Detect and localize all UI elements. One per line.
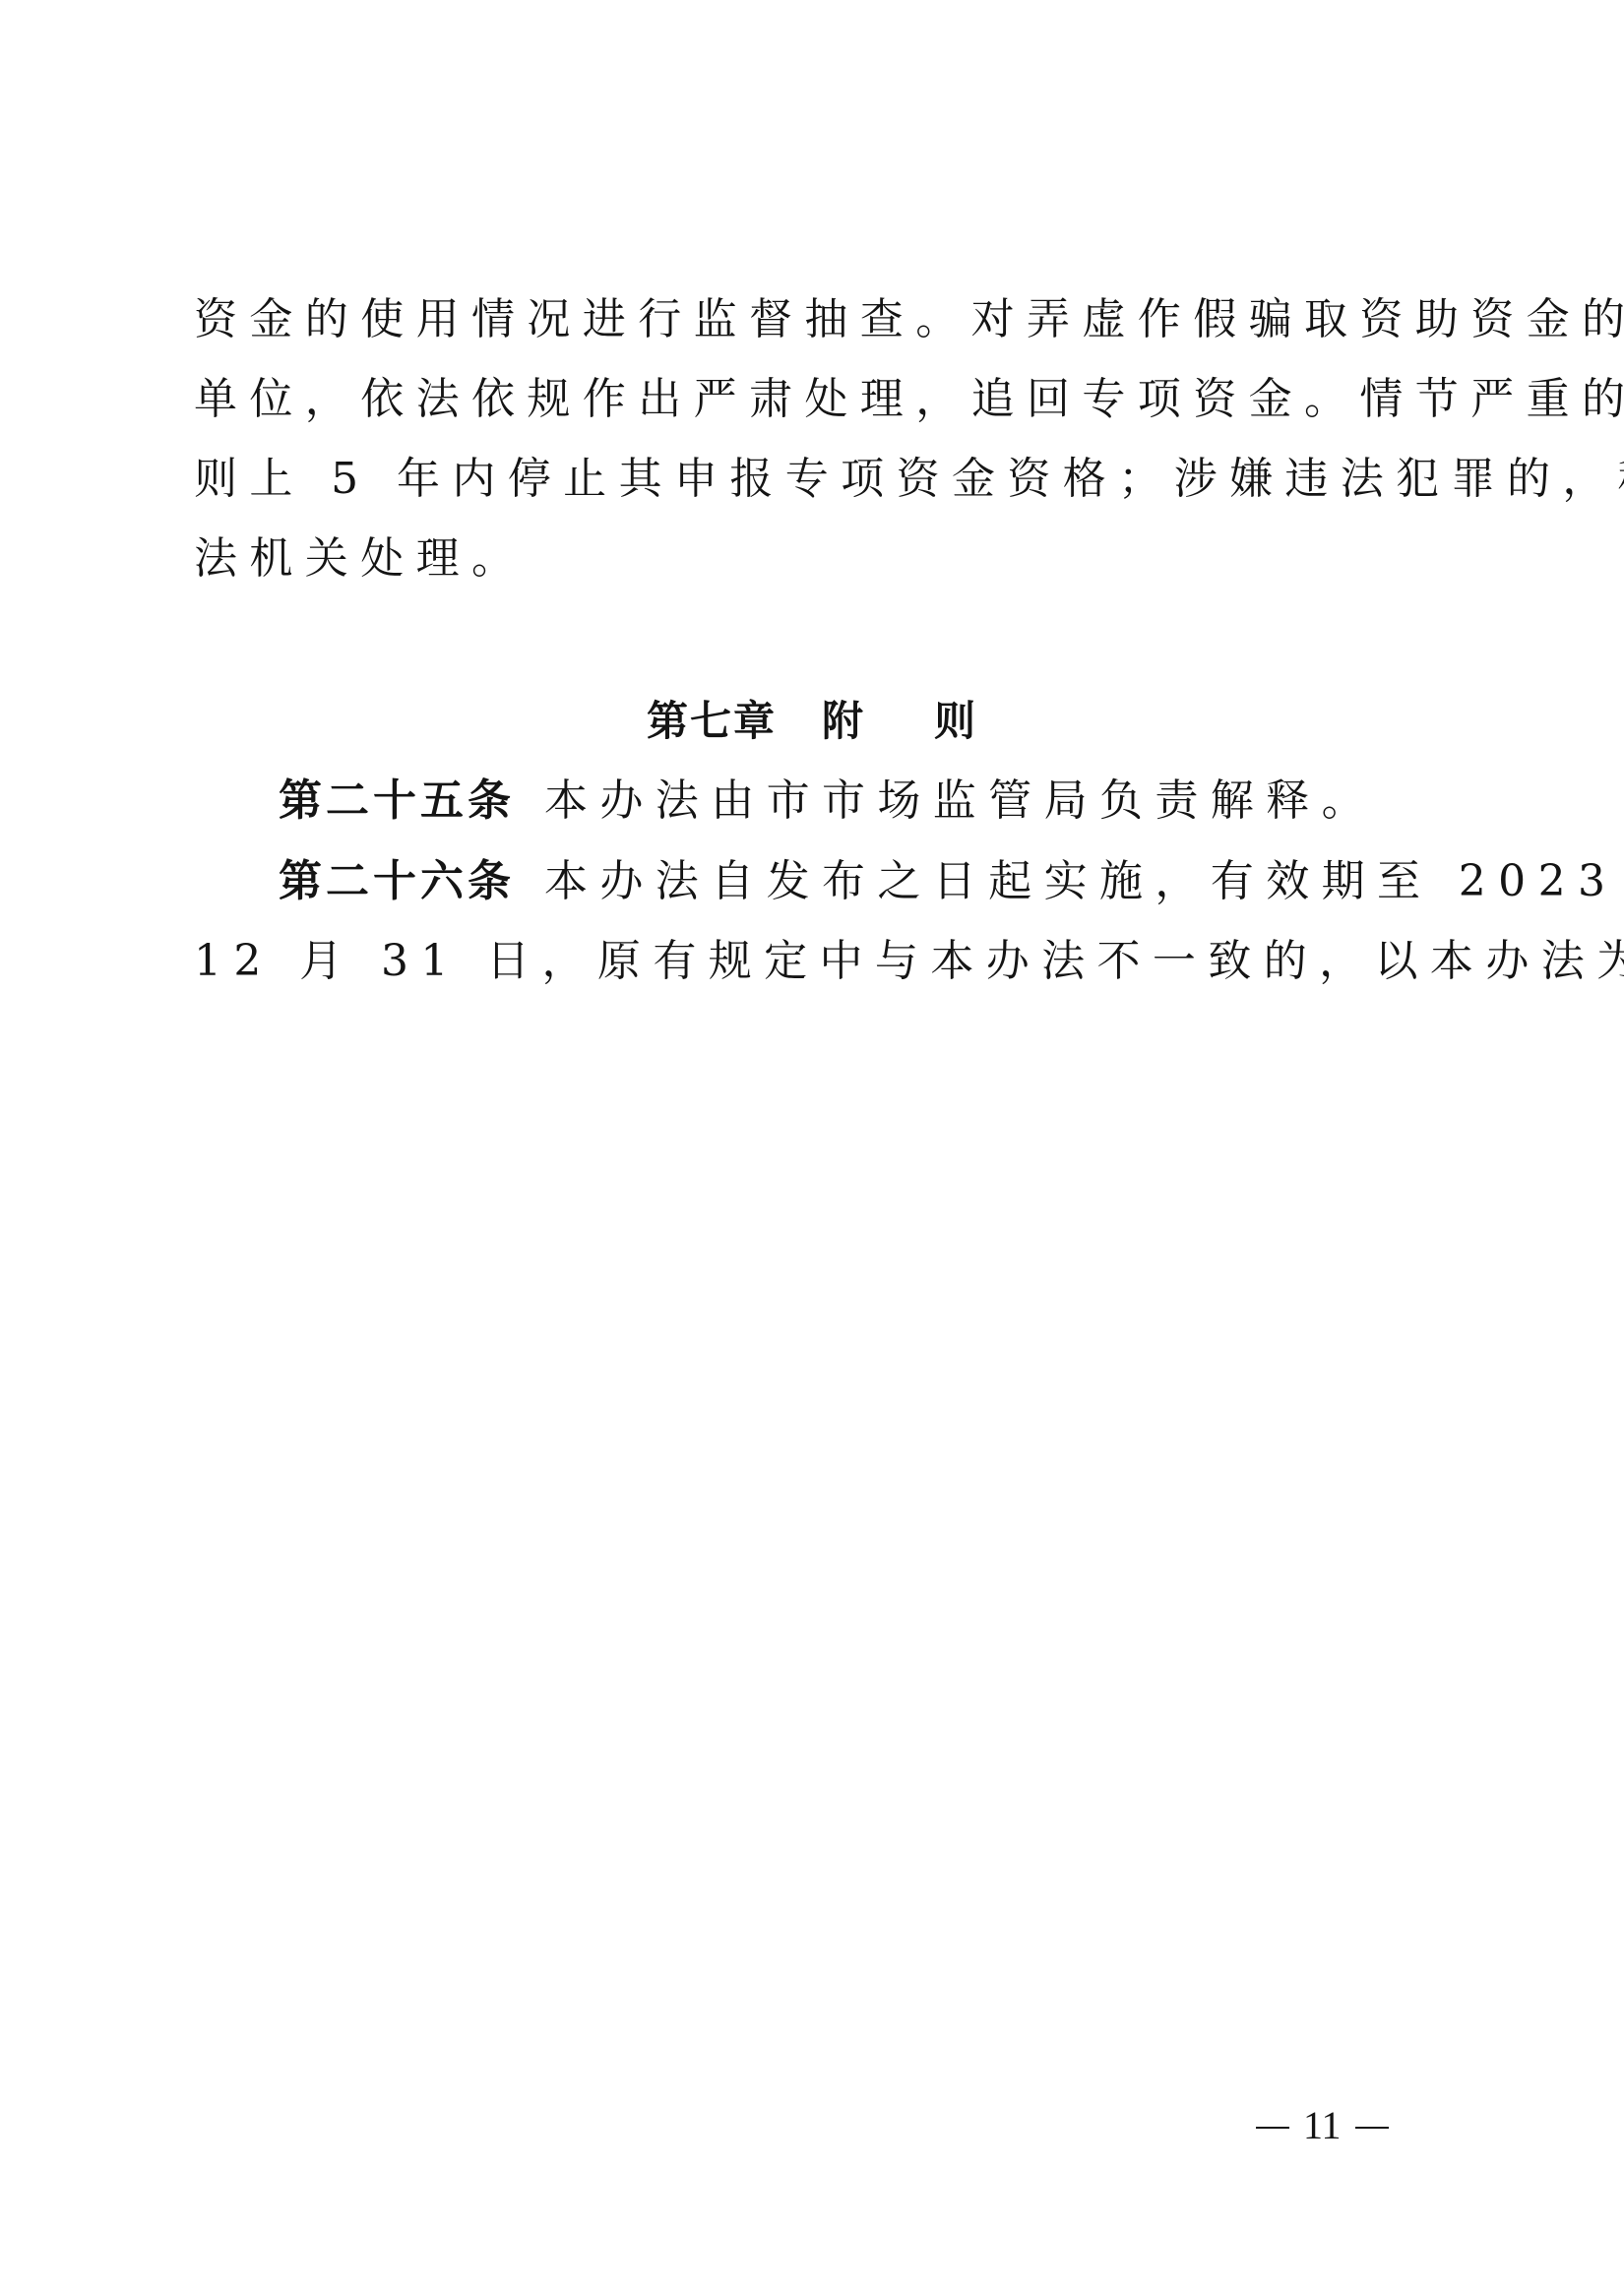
- document-page: 资金的使用情况进行监督抽查。对弄虚作假骗取资助资金的申请 单位，依法依规作出严肃…: [0, 0, 1624, 2294]
- paragraph-line: 资金的使用情况进行监督抽查。对弄虚作假骗取资助资金的申请: [194, 295, 1434, 344]
- paragraph-line: 单位，依法依规作出严肃处理，追回专项资金。情节严重的，原: [194, 375, 1434, 424]
- article-number: 第二十六条: [279, 856, 515, 906]
- chapter-title-part2: 则: [934, 697, 977, 745]
- article-26-continuation: 12 月 31 日，原有规定中与本办法不一致的，以本办法为准。: [194, 937, 1434, 986]
- article-26: 第二十六条本办法自发布之日起实施，有效期至 2023 年: [279, 857, 1519, 906]
- article-text: 本办法由市市场监管局负责解释。: [544, 775, 1377, 826]
- chapter-number: 第七章: [647, 697, 777, 745]
- article-text: 本办法自发布之日起实施，有效期至 2023 年: [544, 856, 1624, 906]
- chapter-title-part1: 附: [822, 697, 865, 745]
- page-number-value: 11: [1303, 2103, 1342, 2147]
- chapter-heading: 第七章附则: [0, 695, 1624, 748]
- paragraph-line: 法机关处理。: [194, 534, 1434, 584]
- page-number: 11: [1242, 2104, 1403, 2147]
- article-25: 第二十五条本办法由市市场监管局负责解释。: [279, 776, 1519, 826]
- paragraph-line: 则上 5 年内停止其申报专项资金资格；涉嫌违法犯罪的，移送司: [194, 455, 1434, 504]
- article-number: 第二十五条: [279, 775, 515, 826]
- dash-left: [1256, 2127, 1289, 2129]
- dash-right: [1355, 2127, 1389, 2129]
